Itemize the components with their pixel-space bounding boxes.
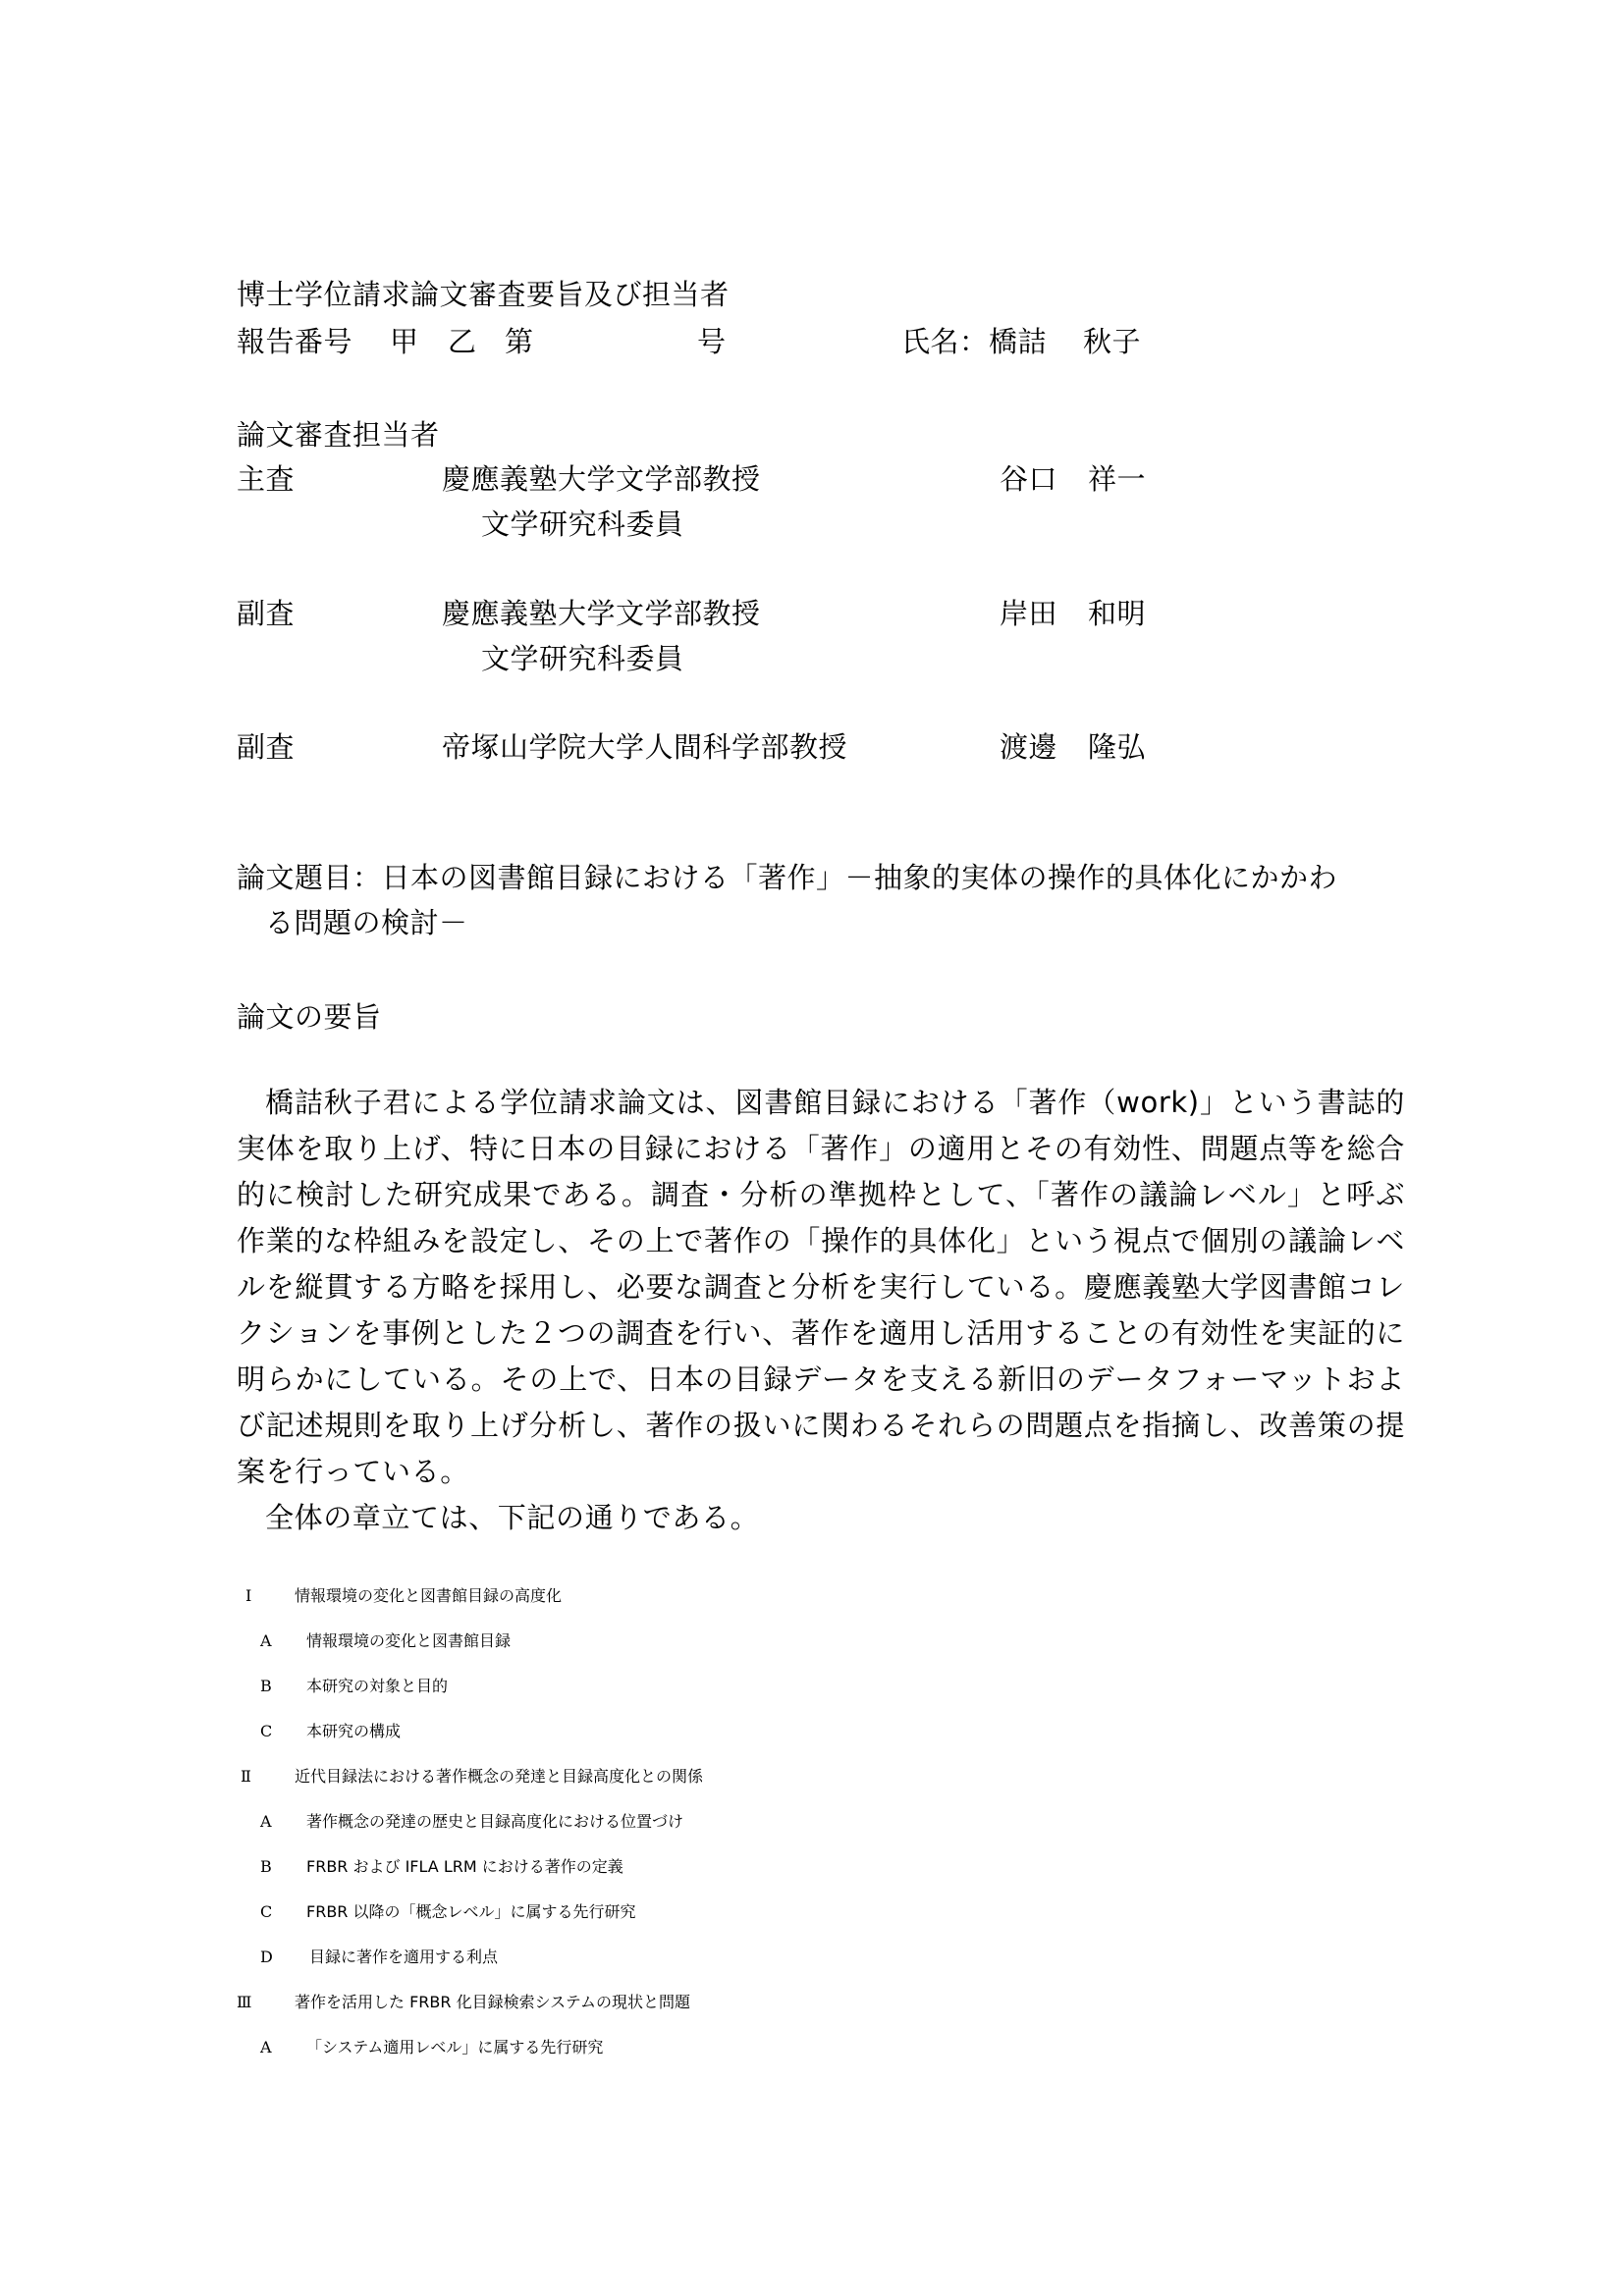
member-role: 副査 xyxy=(237,596,295,631)
summary-paragraph-2: 全体の章立ては、下記の通りである。 xyxy=(237,1495,1405,1541)
toc-number: D xyxy=(260,1940,309,1975)
report-otsu: 乙 xyxy=(448,324,477,359)
toc-label: 「システム適用レベル」に属する先行研究 xyxy=(306,2038,603,2056)
toc-label: 著作概念の発達の歴史と目録高度化における位置づけ xyxy=(306,1812,683,1831)
toc-number: C xyxy=(260,1895,306,1930)
member-sub-affiliation: 文学研究科委員 xyxy=(481,641,684,676)
report-kou: 甲 xyxy=(390,324,419,359)
member-sub-affiliation: 文学研究科委員 xyxy=(481,507,684,542)
toc-section: D目録に著作を適用する利点 xyxy=(260,1940,498,1975)
toc-label: 情報環境の変化と図書館目録の高度化 xyxy=(295,1586,562,1605)
toc-number: B xyxy=(260,1849,306,1885)
toc-section: B本研究の対象と目的 xyxy=(260,1669,448,1704)
toc-number: Ⅲ xyxy=(237,1985,295,2020)
document-title: 博士学位請求論文審査要旨及び担当者 xyxy=(237,277,730,312)
candidate-name-label: 氏名： xyxy=(901,324,989,359)
toc-label: 情報環境の変化と図書館目録 xyxy=(306,1631,511,1650)
toc-section: A「システム適用レベル」に属する先行研究 xyxy=(260,2030,603,2065)
member-role: 副査 xyxy=(237,729,295,765)
toc-section: BFRBR および IFLA LRM における著作の定義 xyxy=(260,1849,623,1885)
candidate-family-name: 橋詰 xyxy=(989,324,1047,359)
member-given-name: 和明 xyxy=(1088,596,1146,631)
toc-section: CFRBR 以降の「概念レベル」に属する先行研究 xyxy=(260,1895,636,1930)
thesis-title-line-2: る問題の検討－ xyxy=(265,905,468,940)
committee-heading: 論文審査担当者 xyxy=(237,417,440,453)
report-dai: 第 xyxy=(505,324,534,359)
member-family-name: 岸田 xyxy=(1000,596,1057,631)
toc-number: A xyxy=(260,2030,306,2065)
summary-paragraph-1: 橋詰秋子君による学位請求論文は、図書館目録における「著作（work)」という書誌… xyxy=(237,1080,1405,1495)
toc-number: B xyxy=(260,1669,306,1704)
toc-section: A著作概念の発達の歴史と目録高度化における位置づけ xyxy=(260,1804,683,1840)
report-number-label: 報告番号 xyxy=(237,324,352,359)
member-given-name: 隆弘 xyxy=(1088,729,1146,765)
toc-label: 目録に著作を適用する利点 xyxy=(309,1948,498,1966)
member-affiliation: 慶應義塾大学文学部教授 xyxy=(442,461,761,497)
toc-label: FRBR および IFLA LRM における著作の定義 xyxy=(306,1857,623,1876)
summary-heading: 論文の要旨 xyxy=(237,999,382,1035)
candidate-given-name: 秋子 xyxy=(1083,324,1141,359)
summary-body: 橋詰秋子君による学位請求論文は、図書館目録における「著作（work)」という書誌… xyxy=(237,1080,1405,1541)
toc-number: C xyxy=(260,1714,306,1749)
member-affiliation: 慶應義塾大学文学部教授 xyxy=(442,596,761,631)
member-given-name: 祥一 xyxy=(1088,461,1146,497)
toc-chapter: Ⅰ情報環境の変化と図書館目録の高度化 xyxy=(245,1578,562,1614)
member-family-name: 渡邊 xyxy=(1000,729,1057,765)
toc-chapter: Ⅲ著作を活用した FRBR 化目録検索システムの現状と問題 xyxy=(237,1985,690,2020)
toc-number: Ⅰ xyxy=(245,1578,295,1614)
toc-label: 著作を活用した FRBR 化目録検索システムの現状と問題 xyxy=(295,1993,690,2011)
toc-chapter: Ⅱ近代目録法における著作概念の発達と目録高度化との関係 xyxy=(241,1759,703,1794)
thesis-title-line-1: 論文題目：日本の図書館目録における「著作」－抽象的実体の操作的具体化にかかわ xyxy=(237,860,1337,895)
member-role: 主査 xyxy=(237,461,295,497)
member-affiliation: 帝塚山学院大学人間科学部教授 xyxy=(442,729,847,765)
report-go: 号 xyxy=(697,324,727,359)
toc-label: 本研究の対象と目的 xyxy=(306,1677,448,1695)
member-family-name: 谷口 xyxy=(1000,461,1057,497)
toc-number: Ⅱ xyxy=(241,1759,295,1794)
toc-number: A xyxy=(260,1804,306,1840)
toc-label: 近代目録法における著作概念の発達と目録高度化との関係 xyxy=(295,1767,703,1786)
toc-number: A xyxy=(260,1624,306,1659)
toc-label: 本研究の構成 xyxy=(306,1722,401,1740)
toc-label: FRBR 以降の「概念レベル」に属する先行研究 xyxy=(306,1902,636,1921)
toc-section: C本研究の構成 xyxy=(260,1714,401,1749)
toc-section: A情報環境の変化と図書館目録 xyxy=(260,1624,511,1659)
